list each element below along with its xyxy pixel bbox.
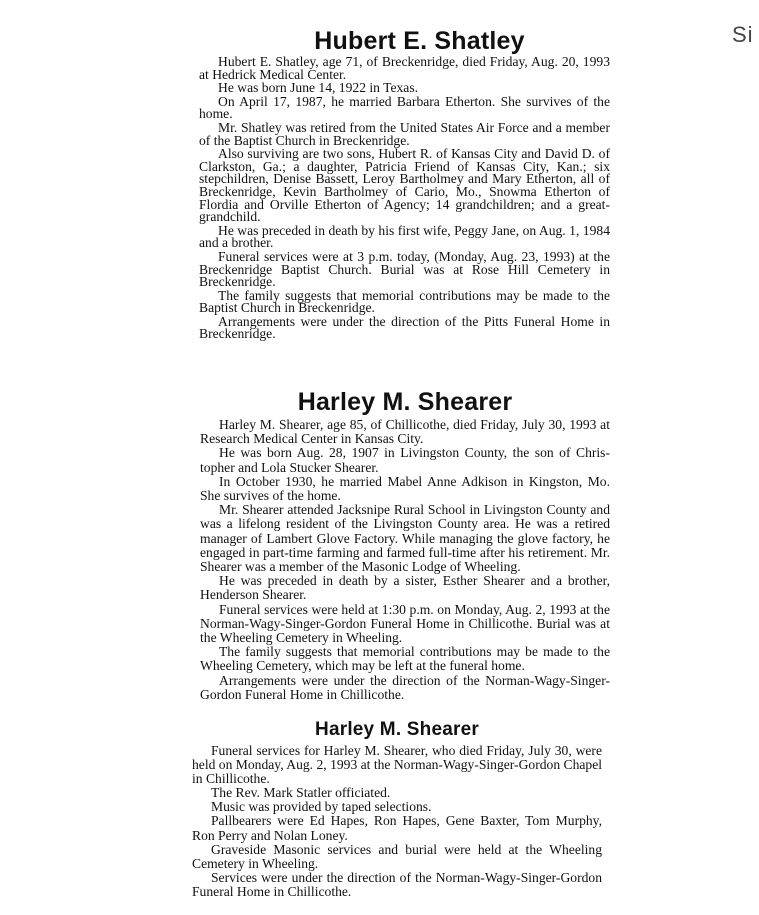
obituary-paragraph: Mr. Shatley was retired from the United … (199, 122, 610, 147)
obituary-paragraph: Services were under the direction of the… (192, 871, 602, 899)
obituary-heading: Hubert E. Shatley (229, 26, 610, 56)
obituary-paragraph: He was born June 14, 1922 in Texas. (199, 82, 610, 95)
obituary-paragraph: He was preceded in death by a sister, Es… (200, 574, 610, 602)
obituary-paragraph: The Rev. Mark Statler officiated. (192, 786, 602, 800)
obituary-paragraph: Funeral services for Harley M. Shearer, … (192, 744, 602, 786)
obituary-paragraph: He was born Aug. 28, 1907 in Livingston … (200, 446, 610, 474)
obituary-paragraph: Harley M. Shearer, age 85, of Chillicoth… (200, 418, 610, 446)
obituary-harley-shearer: Harley M. Shearer Harley M. Shearer, age… (200, 387, 610, 702)
funeral-notice-harley-shearer: Harley M. Shearer Funeral services for H… (192, 717, 602, 899)
obituary-paragraph: On April 17, 1987, he married Barbara Et… (199, 96, 610, 121)
obituary-paragraph: Pallbearers were Ed Hapes, Ron Hapes, Ge… (192, 814, 602, 842)
obituary-paragraph: Arrangements were under the direction of… (200, 674, 610, 702)
obituary-hubert-shatley: Hubert E. Shatley Hubert E. Shatley, age… (199, 26, 610, 342)
obituary-heading: Harley M. Shearer (200, 387, 610, 418)
obituary-paragraph: In October 1930, he married Mabel Anne A… (200, 475, 610, 503)
obituary-paragraph: The family suggests that memorial contri… (199, 290, 610, 315)
obituary-paragraph: He was preceded in death by his first wi… (199, 225, 610, 250)
obituary-heading: Harley M. Shearer (192, 717, 602, 743)
obituary-paragraph: Also surviving are two sons, Hubert R. o… (199, 148, 610, 224)
obituary-paragraph: Mr. Shearer attended Jacksnipe Rural Sch… (200, 503, 610, 574)
obituary-paragraph: Funeral services were at 3 p.m. today, (… (199, 251, 610, 289)
obituary-paragraph: Hubert E. Shatley, age 71, of Breckenrid… (199, 56, 610, 81)
obituary-paragraph: Graveside Masonic services and burial we… (192, 843, 602, 871)
page-annotation-mark: Si (732, 22, 754, 48)
obituary-paragraph: The family suggests that memorial contri… (200, 645, 610, 673)
obituary-paragraph: Arrangements were under the direction of… (199, 316, 610, 341)
obituary-paragraph: Funeral services were held at 1:30 p.m. … (200, 603, 610, 646)
obituary-paragraph: Music was provided by taped selections. (192, 800, 602, 814)
